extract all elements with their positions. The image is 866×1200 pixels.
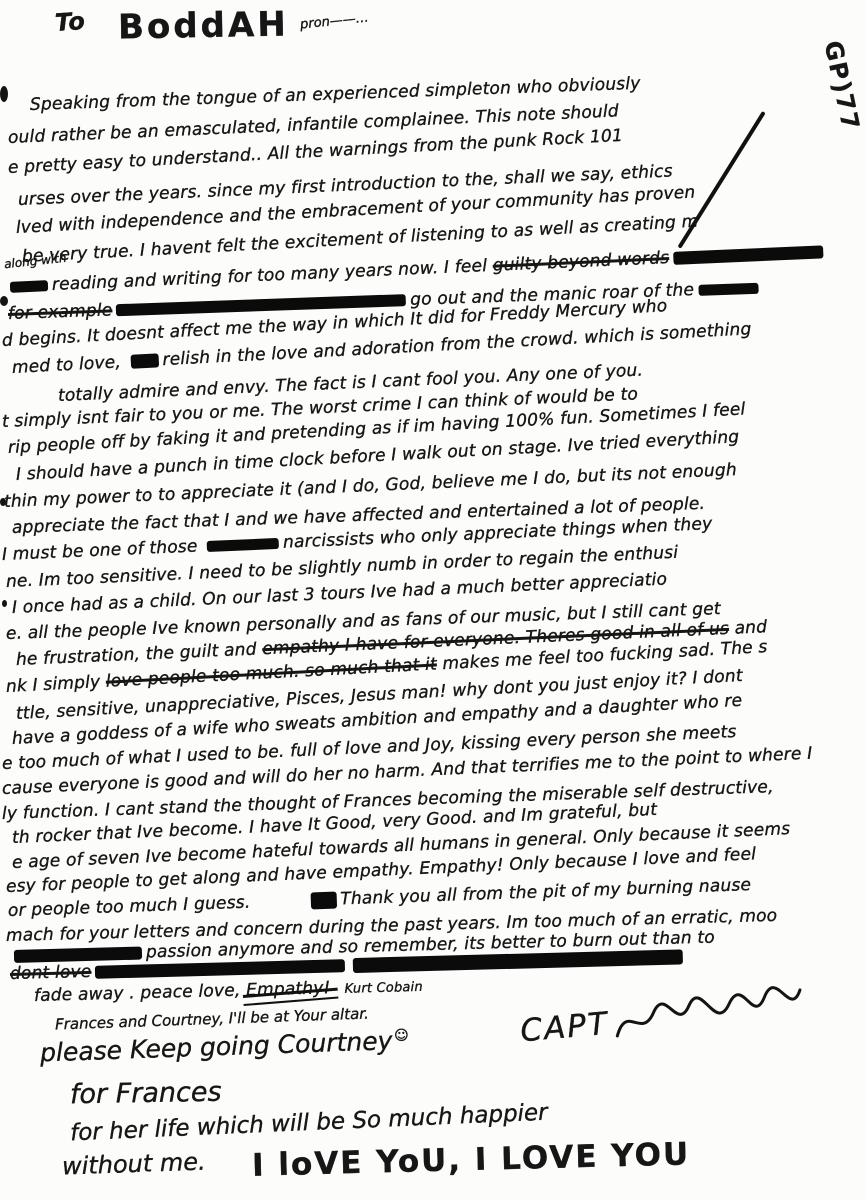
line-text: med to love, bbox=[11, 352, 127, 378]
for-frances-line: for Frances bbox=[70, 1077, 222, 1111]
salutation-annotation: pron——… bbox=[299, 10, 369, 32]
redaction-bar bbox=[10, 280, 48, 293]
page-mark: GP)77 bbox=[819, 38, 865, 133]
without-me-line: without me. bbox=[62, 1148, 207, 1181]
redaction-bar bbox=[14, 946, 142, 962]
signature-name: Kurt Cobain bbox=[344, 980, 423, 997]
struck-text: for example bbox=[8, 300, 113, 324]
empathy-word: Empathy! bbox=[246, 978, 331, 1000]
signature-scrawl-icon bbox=[612, 982, 806, 1048]
redaction-scribble bbox=[310, 891, 337, 909]
signature-prefix: CAPT bbox=[519, 1006, 610, 1050]
redaction-bar bbox=[95, 959, 345, 979]
smiley-icon: ☺ bbox=[394, 1027, 409, 1044]
line-text: I must be one of those bbox=[2, 536, 204, 565]
struck-text: dont love bbox=[10, 962, 92, 984]
redaction-bar bbox=[673, 245, 823, 265]
salutation-name: BoddAH bbox=[118, 5, 289, 48]
redaction-scribble bbox=[130, 353, 159, 368]
line-text: please Keep going Courtney bbox=[40, 1026, 393, 1067]
line-text: and bbox=[729, 617, 768, 639]
scan-artifact bbox=[2, 600, 7, 607]
inserted-words: along with bbox=[3, 251, 67, 271]
signature: CAPT bbox=[518, 982, 806, 1057]
struck-text: guilty beyond words bbox=[492, 248, 669, 276]
salutation-to: To bbox=[54, 7, 86, 37]
line-text: Thank you all from the pit of my burning… bbox=[340, 875, 752, 909]
scan-artifact bbox=[0, 86, 8, 102]
love-line: I loVE YoU, I LOVE YOU bbox=[252, 1136, 691, 1183]
line-text: nk I simply bbox=[5, 672, 106, 697]
line-text: fade away . peace love, bbox=[34, 980, 247, 1006]
redaction-bar bbox=[698, 282, 758, 295]
redaction-scribble bbox=[207, 537, 279, 551]
scanned-letter-page: To BoddAH pron——… GP)77 Speaking from th… bbox=[0, 0, 866, 1200]
line-text: or people too much I guess. bbox=[8, 893, 251, 921]
